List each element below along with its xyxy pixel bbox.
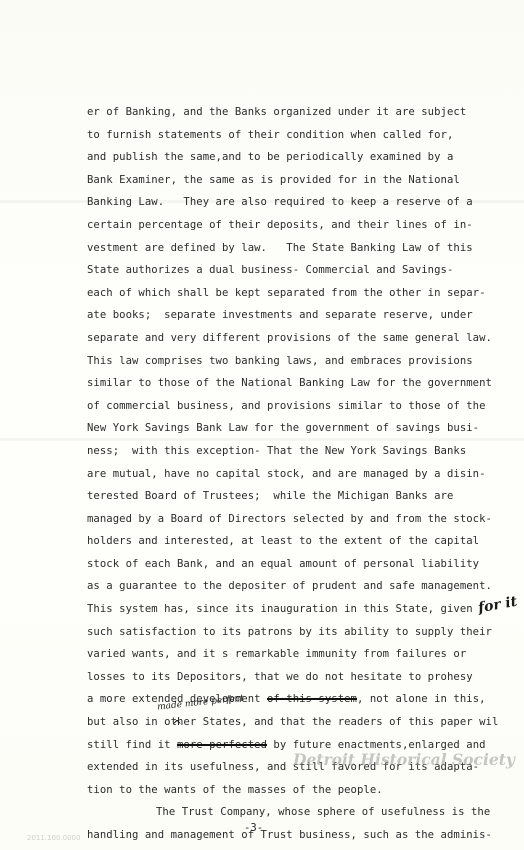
watermark: Detroit Historical Society: [293, 750, 515, 769]
text-line: vestment are defined by law. The State B…: [87, 237, 517, 260]
text-line: tion to the wants of the masses of the p…: [87, 779, 517, 802]
struck-text: of this system: [267, 693, 357, 705]
struck-text: more perfected: [177, 739, 267, 751]
text-line: Bank Examiner, the same as is provided f…: [87, 169, 517, 192]
text-line: handling and management of Trust busines…: [87, 824, 517, 847]
text-line: as a guarantee to the depositer of prude…: [87, 575, 517, 598]
text-line: losses to its Depositors, that we do not…: [87, 666, 517, 689]
text-segment: by future enactments,enlarged and: [267, 739, 486, 751]
text-line: but also in other States, and that the r…: [87, 711, 517, 734]
text-line: and publish the same,and to be periodica…: [87, 146, 517, 169]
text-line: holders and interested, at least to the …: [87, 530, 517, 553]
text-line: separate and very different provisions o…: [87, 327, 517, 350]
text-line: are mutual, have no capital stock, and a…: [87, 463, 517, 486]
text-line: terested Board of Trustees; while the Mi…: [87, 485, 517, 508]
document-page: er of Banking, and the Banks organized u…: [0, 0, 524, 850]
text-line: to furnish statements of their condition…: [87, 124, 517, 147]
text-line: ate books; separate investments and sepa…: [87, 304, 517, 327]
text-line: This law comprises two banking laws, and…: [87, 350, 517, 373]
text-line: certain percentage of their deposits, an…: [87, 214, 517, 237]
text-line: ness; with this exception- That the New …: [87, 440, 517, 463]
text-segment: still find it: [87, 739, 177, 751]
text-line: State authorizes a dual business- Commer…: [87, 259, 517, 282]
text-segment: , not alone in this,: [357, 693, 486, 705]
text-line: such satisfaction to its patrons by its …: [87, 621, 517, 644]
paragraph-start-line: The Trust Company, whose sphere of usefu…: [87, 801, 517, 824]
text-line: varied wants, and it s remarkable immuni…: [87, 643, 517, 666]
typewritten-body: er of Banking, and the Banks organized u…: [87, 101, 517, 847]
text-line: stock of each Bank, and an equal amount …: [87, 553, 517, 576]
text-line: er of Banking, and the Banks organized u…: [87, 101, 517, 124]
text-line: New York Savings Bank Law for the govern…: [87, 417, 517, 440]
insertion-caret-icon: ^: [172, 718, 182, 732]
text-line-with-strike: a more extended development of this syst…: [87, 688, 517, 711]
text-line: each of which shall be kept separated fr…: [87, 282, 517, 305]
text-line: managed by a Board of Directors selected…: [87, 508, 517, 531]
text-line: Banking Law. They are also required to k…: [87, 191, 517, 214]
text-line: of commercial business, and provisions s…: [87, 395, 517, 418]
page-number: -3-: [244, 822, 263, 834]
text-line: This system has, since its inauguration …: [87, 598, 517, 621]
text-line: similar to those of the National Banking…: [87, 372, 517, 395]
catalog-number: 2011.100.0000: [27, 834, 80, 842]
